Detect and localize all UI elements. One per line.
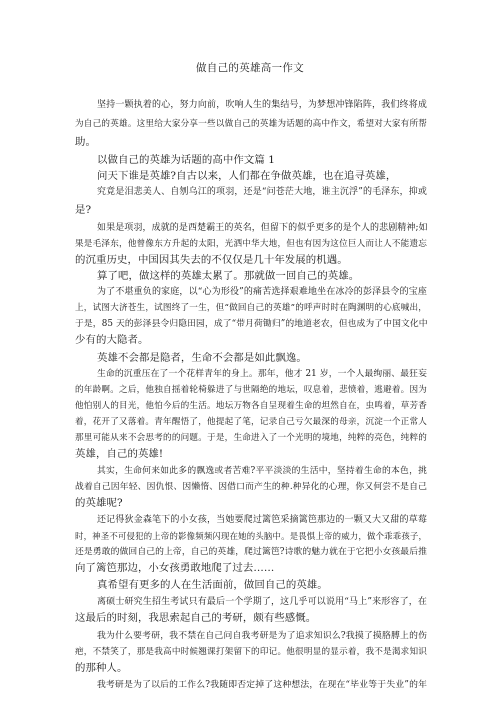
text-line: 英雄不会都是隐者，生命不会都是如此飘逸。 <box>97 351 427 365</box>
text-line: 的英雄呢? <box>75 496 427 510</box>
text-line: 的沉重历史，中国因其失去的不仅仅是几十年发展的机遇。 <box>75 253 427 267</box>
text-line: 疤，不禁笑了，那是我高中时候翘课打架留下的印记。他很明显的显示着，我不是渴求知识 <box>75 645 427 659</box>
text-line: 上，试图大济苍生，试图终了一生，但“做回自己的英雄”的呼声时时在陶渊明的心底喊出… <box>75 301 427 315</box>
text-line: 助。 <box>75 135 427 149</box>
text-line: 这最后的时刻，我思索起自己的考研，颇有些感慨。 <box>75 611 427 625</box>
text-line: 离硕士研究生招生考试只有最后一个学期了，这几乎可以说用“马上”来形容了，在 <box>97 595 427 609</box>
text-line: 果是毛泽东，他曾像东方升起的太阳，光洒中华大地，但也有因为这位巨人而让人不能遗忘 <box>75 237 427 251</box>
text-line: 如果是项羽，成就的是西楚霸王的英名，但留下的似乎更多的是个人的悲剧精神;如 <box>97 221 427 235</box>
text-line: 生命的沉重压在了一个花样青年的身上。那年，他才 21 岁，一个人最绚丽、最狂妄 <box>97 367 427 381</box>
text-line: 我考研是为了以后的工作么?我随即否定掉了这种想法，在现在“毕业等于失业”的年 <box>97 678 427 692</box>
text-line: 他怕别人的目光，他怕今后的生活。地坛万物各自呈现着生命的坦然自在，虫鸣着，草芳香 <box>75 399 427 413</box>
text-line: 真希望有更多的人在生活面前，做回自己的英雄。 <box>97 578 427 592</box>
text-line: 我为什么要考研，我不禁在自己问自我考研是为了追求知识么?我摸了摸胳膊上的伤 <box>97 629 427 643</box>
text-line: 问天下谁是英雄?自古以来，人们都在争做英雄，也在追寻英雄， <box>97 169 427 183</box>
text-line: 着，花开了又落着。青年醒悟了，他提起了笔，记录自己亏欠最深的母亲，沉淀一个正常人 <box>75 415 427 429</box>
document-page: 做自己的英雄高一作文 坚持一颗执着的心，努力向前，吹响人生的集结号，为梦想冲锋陷… <box>0 0 500 707</box>
text-line: 向了篱笆那边，小女孩勇敢地爬了过去…… <box>75 561 427 575</box>
text-line: 时，神圣不可侵犯的上帝的影像频频闪现在她的头脑中。是畏惧上帝的威力，做个乖乖孩子… <box>75 529 427 543</box>
text-line: 其实，生命何来如此多的飘逸或者苦难?平平淡淡的生活中，坚持着生命的本色，挑 <box>97 464 427 478</box>
text-line: 坚持一颗执着的心，努力向前，吹响人生的集结号，为梦想冲锋陷阵，我们终将成 <box>97 98 427 112</box>
text-line: 还是勇敢的做回自己的上帝，自己的英雄，爬过篱笆?诗歌的魅力就在于它把小女孩最后推 <box>75 545 427 559</box>
text-line: 究竟是泪悲美人、自刎乌江的项羽，还是“问苍茫大地，谁主沉浮”的毛泽东，抑或 <box>97 185 427 199</box>
document-title: 做自己的英雄高一作文 <box>0 61 500 75</box>
text-line: 英雄，自己的英雄! <box>75 447 427 461</box>
text-line: 的年龄啊。之后，他独自摇着轮椅躲进了与世隔绝的地坛，叹息着，悲愤着，逃避着。因为 <box>75 383 427 397</box>
text-line: 的那种人。 <box>75 661 427 675</box>
text-line: 战着自己因年轻、因仇恨、因懒惰、因借口而产生的种.种异化的心理，你又何尝不是自己 <box>75 480 427 494</box>
text-line: 算了吧，做这样的英雄太累了。那就做一回自己的英雄。 <box>97 269 427 283</box>
text-line: 少有的大隐者。 <box>75 333 427 347</box>
text-line: 为了不堪重负的家庭，以“心为形役”的痛苦选择艰难地坐在冰冷的彭泽县令的宝座 <box>97 285 427 299</box>
text-line: 还记得狄金森笔下的小女孩，当她要爬过篱笆采摘篱笆那边的一颗又大又甜的草莓 <box>97 513 427 527</box>
text-line: 为自己的英雄。这里给大家分享一些以做自己的英雄为话题的高中作文，希望对大家有所帮 <box>75 117 427 131</box>
text-line: 是? <box>75 203 427 217</box>
text-line: 以做自己的英雄为话题的高中作文篇 1 <box>97 153 427 167</box>
text-line: 于是，85 天的彭泽县令归隐田园，成了“带月荷锄归”的地道老农，但也成为了中国文… <box>75 317 427 331</box>
text-line: 那里可能从来不会思考的的问题。于是，生命进入了一个光明的境地，纯粹的亮色，纯粹的 <box>75 431 427 445</box>
